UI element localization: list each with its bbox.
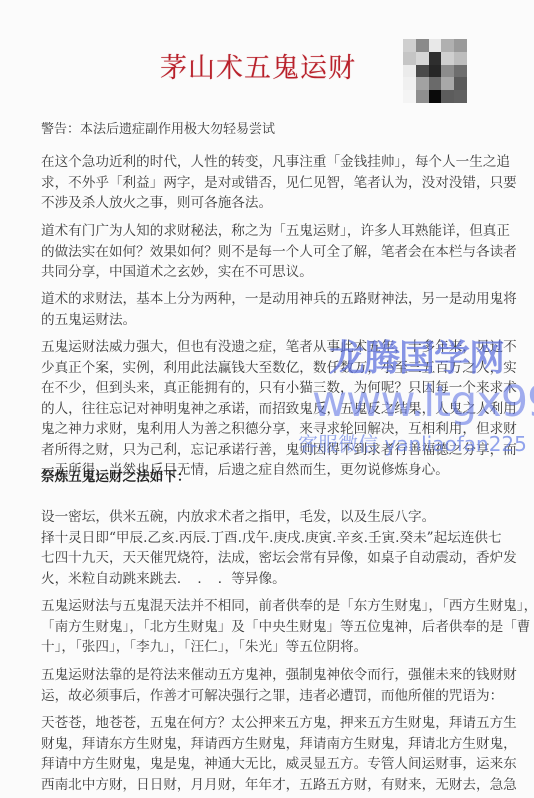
paragraph-line: 共同分享，中国道术之玄妙，实在不可思议。: [41, 262, 484, 283]
section-heading: 祭炼五鬼运财之法如下：: [41, 467, 484, 488]
paragraph-line: 少真正个案，实例，利用此法赢钱大至数亿，数仟数万，小至三五百万之人，实: [41, 358, 484, 379]
qr-cell: [403, 90, 416, 103]
paragraph-line: 五鬼运财法与五鬼混天法并不相同，前者供奉的是「东方生财鬼」，「西方生财鬼」，: [41, 596, 484, 617]
paragraph: 五鬼运财法与五鬼混天法并不相同，前者供奉的是「东方生财鬼」，「西方生财鬼」，「南…: [41, 596, 484, 658]
paragraph-line: 择十灵日即“甲辰.乙亥.丙辰.丁酉.戊午.庚戌.庚寅.辛亥.壬寅.癸未”起坛连供…: [41, 528, 484, 549]
document-title: 茅山术五鬼运财: [160, 46, 365, 85]
qr-cell: [429, 39, 442, 52]
document-page: 茅山术五鬼运财 警告：本法后遗症副作用极大勿轻易尝试 在这个急功近利的时代，人性…: [0, 0, 534, 798]
warning-text: 警告：本法后遗症副作用极大勿轻易尝试: [41, 120, 484, 141]
qr-cell: [454, 39, 467, 52]
paragraph: 在这个急功近利的时代，人性的转变，凡事注重「金钱挂帅」，每个人一生之追求，不外乎…: [41, 152, 484, 214]
paragraph-line: 的人，往往忘记对神明鬼神之承诺，而招致鬼反，五鬼反之结果，人鬼之人利用: [41, 399, 484, 420]
paragraph-line: 五鬼运财法威力强大，但也有没遗之症，笔者从事此术五年，十多年来，见过不: [41, 337, 484, 358]
paragraph-line: 求，不外乎「利益」两字，是对或错否，见仁见智，笔者认为，没对没错，只要: [41, 173, 484, 194]
paragraph-line: 的五鬼运财法。: [41, 310, 484, 331]
qr-cell: [429, 65, 442, 78]
qr-cell: [416, 52, 429, 65]
paragraph: 道术有门广为人知的求财秘法，称之为「五鬼运财」，许多人耳熟能详，但真正的做法实在…: [41, 221, 484, 283]
paragraph: 五鬼运财法靠的是符法来催动五方鬼神，强制鬼神依令而行，强催未来的钱财财运，故必须…: [41, 665, 484, 706]
paragraph-line: 祭炼五鬼运财之法如下：: [41, 467, 484, 488]
paragraph-line: 运，故必须事后，作善才可解决强行之罪，违者必遭罚，而他所催的咒语为：: [41, 686, 484, 707]
paragraph-line: 五鬼运财法靠的是符法来催动五方鬼神，强制鬼神依令而行，强催未来的钱财财: [41, 665, 484, 686]
paragraph-line: 鬼之神力求财，鬼利用人为善之积德分享，来寻求轮回解决，互相利用，但求财: [41, 419, 484, 440]
paragraph: 天苍苍，地苍苍，五鬼在何方？太公押来五方鬼，押来五方生财鬼，拜请五方生财鬼，拜请…: [41, 713, 484, 795]
qr-cell: [416, 65, 429, 78]
paragraph-line: 财鬼，拜请东方生财鬼，拜请西方生财鬼，拜请南方生财鬼，拜请北方生财鬼，: [41, 734, 484, 755]
qr-cell: [454, 65, 467, 78]
qr-cell: [403, 65, 416, 78]
qr-cell: [429, 77, 442, 90]
paragraph-line: 道术有门广为人知的求财秘法，称之为「五鬼运财」，许多人耳熟能详，但真正: [41, 221, 484, 242]
qr-cell: [454, 77, 467, 90]
qr-cell: [416, 77, 429, 90]
paragraph-line: 不涉及杀人放火之事，则可各施各法。: [41, 193, 484, 214]
qr-code-image: [403, 39, 467, 103]
paragraph-line: 在不少，但到头来，真正能拥有的，只有小猫三数，为何呢？只因每一个来求术: [41, 378, 484, 399]
qr-cell: [441, 39, 454, 52]
paragraph-line: 者所得之财，只为己利，忘记承诺行善，鬼则因得不到求者行善福德之分享，而: [41, 440, 484, 461]
qr-cell: [416, 90, 429, 103]
paragraph-line: 火，米粒自动跳来跳去． ． ．等异像。: [41, 569, 484, 590]
paragraph-line: 设一密坛，供米五碗，内放求术者之指甲，毛发，以及生辰八字。: [41, 507, 484, 528]
qr-cell: [416, 39, 429, 52]
qr-cell: [429, 52, 442, 65]
paragraph-line: 道术的求财法，基本上分为两种，一是动用神兵的五路财神法，另一是动用鬼将: [41, 289, 484, 310]
paragraph-line: 「南方生财鬼」，「北方生财鬼」及「中央生财鬼」等五位鬼神，后者供奉的是「曹: [41, 617, 484, 638]
qr-cell: [441, 52, 454, 65]
paragraph-line: 西南北中方财，日日财，月月财，年年才，五路五方财，有财来，无财去，急急: [41, 775, 484, 796]
qr-cell: [403, 52, 416, 65]
qr-cell: [429, 90, 442, 103]
paragraph-line: 十」，「张四」，「李九」，「汪仁」，「朱光」等五位阴将。: [41, 637, 484, 658]
qr-cell: [454, 90, 467, 103]
paragraph: 道术的求财法，基本上分为两种，一是动用神兵的五路财神法，另一是动用鬼将的五鬼运财…: [41, 289, 484, 330]
paragraph-line: 七四十九天，天天催咒烧符，法成，密坛会常有异像，如桌子自动震动，香炉发: [41, 548, 484, 569]
paragraph-line: 的做法实在如何？效果如何？则不是每一个人可全了解，笔者会在本栏与各读者: [41, 242, 484, 263]
warning-line: 警告：本法后遗症副作用极大勿轻易尝试: [41, 120, 484, 141]
paragraph-line: 天苍苍，地苍苍，五鬼在何方？太公押来五方鬼，押来五方生财鬼，拜请五方生: [41, 713, 484, 734]
qr-cell: [441, 90, 454, 103]
qr-cell: [403, 77, 416, 90]
qr-cell: [441, 77, 454, 90]
paragraph: 设一密坛，供米五碗，内放求术者之指甲，毛发，以及生辰八字。择十灵日即“甲辰.乙亥…: [41, 507, 484, 589]
paragraph-line: 在这个急功近利的时代，人性的转变，凡事注重「金钱挂帅」，每个人一生之追: [41, 152, 484, 173]
qr-cell: [454, 52, 467, 65]
paragraph-line: 拜请中方生财鬼，鬼是鬼，神通大无比，威灵显五方。专管人间运财事，运来东: [41, 754, 484, 775]
qr-cell: [441, 65, 454, 78]
paragraph: 五鬼运财法威力强大，但也有没遗之症，笔者从事此术五年，十多年来，见过不少真正个案…: [41, 337, 484, 481]
qr-cell: [403, 39, 416, 52]
